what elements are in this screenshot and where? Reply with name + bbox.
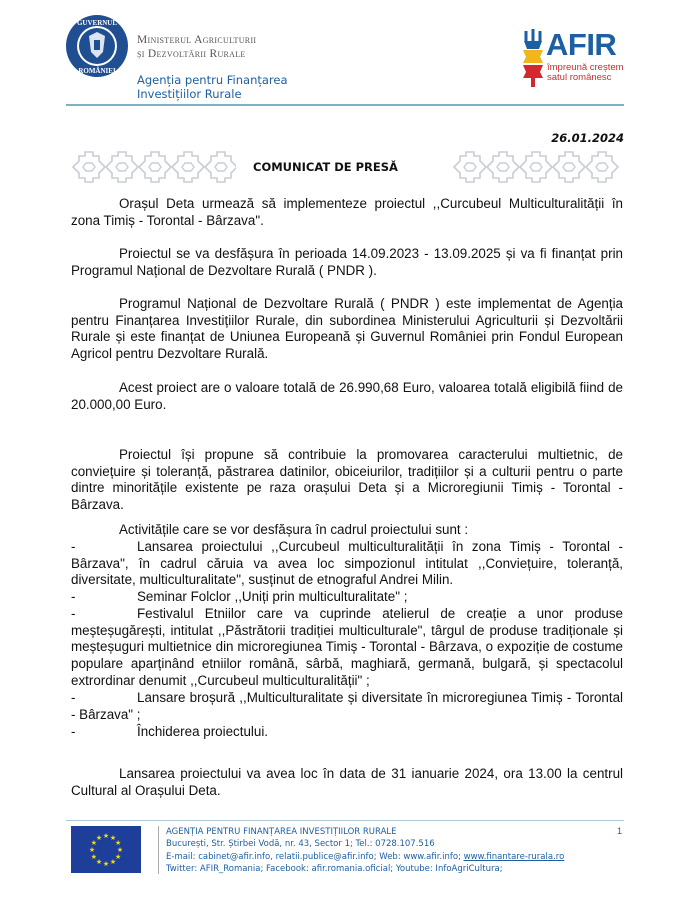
svg-text:★: ★: [115, 839, 121, 847]
paragraph-pndr: Programul Național de Dezvoltare Rurală …: [71, 296, 623, 363]
footer-email-web: E-mail: cabinet@afir.info, relatii.publi…: [166, 851, 564, 863]
list-item: -Lansare broșură ,,Multiculturalitate și…: [71, 690, 623, 723]
svg-text:★: ★: [110, 858, 116, 866]
list-item: -Închiderea proiectului.: [71, 724, 623, 741]
list-bullet: -: [71, 724, 137, 741]
list-item: -Festivalul Etniilor care va cuprinde at…: [71, 606, 623, 690]
svg-text:★: ★: [96, 834, 102, 842]
footer-contact: AGENȚIA PENTRU FINANȚAREA INVESTIȚIILOR …: [166, 826, 564, 876]
paragraph-value: Acest proiect are o valoare totală de 26…: [71, 380, 623, 413]
list-bullet: -: [71, 589, 137, 606]
page-number: 1: [617, 826, 622, 836]
list-bullet: -: [71, 606, 137, 623]
afir-slogan-line-2: satul românesc: [547, 73, 624, 83]
ministry-line-1: Ministerul Agriculturii: [137, 33, 256, 47]
list-item-text: Lansare broșură ,,Multiculturalitate și …: [71, 690, 623, 722]
agency-line-1: Agenția pentru Finanțarea: [137, 73, 288, 87]
afir-brand-name: AFIR: [546, 29, 616, 61]
header-divider: [66, 104, 624, 106]
list-item-text: Lansarea proiectului ,,Curcubeul multicu…: [71, 539, 623, 587]
list-item-text: Festivalul Etniilor care va cuprinde ate…: [71, 606, 623, 688]
finantare-rurala-link[interactable]: www.finantare-rurala.ro: [464, 852, 565, 862]
paragraph-period: Proiectul se va desfășura în perioada 14…: [71, 246, 623, 279]
svg-text:★: ★: [103, 860, 109, 868]
paragraph-text: Programul Național de Dezvoltare Rurală …: [71, 296, 623, 361]
paragraph-text: Lansarea proiectului va avea loc în data…: [71, 766, 623, 798]
government-seal-logo: GUVERNUL ROMÂNIEI: [65, 14, 129, 78]
ministry-name: Ministerul Agriculturii și Dezvoltării R…: [137, 33, 256, 61]
svg-text:★: ★: [103, 832, 109, 840]
svg-text:GUVERNUL: GUVERNUL: [77, 19, 117, 27]
list-item: -Lansarea proiectului ,,Curcubeul multic…: [71, 539, 623, 589]
footer-divider: [66, 820, 624, 821]
afir-emblem-icon: [522, 29, 544, 94]
paragraph-text: Orașul Deta urmează să implementeze proi…: [71, 196, 623, 228]
list-item-text: Închiderea proiectului.: [137, 724, 268, 739]
svg-text:ROMÂNIEI: ROMÂNIEI: [78, 67, 116, 75]
paragraph-text: Acest proiect are o valoare totală de 26…: [71, 380, 623, 412]
paragraph-text: Proiectul se va desfășura în perioada 14…: [71, 246, 623, 278]
document-title: COMUNICAT DE PRESĂ: [253, 160, 398, 174]
footer-address: București, Str. Știrbei Vodă, nr. 43, Se…: [166, 838, 564, 850]
list-bullet: -: [71, 539, 137, 556]
svg-text:★: ★: [117, 846, 123, 854]
afir-slogan: împreună creștem satul românesc: [547, 63, 624, 83]
footer-email-text: E-mail: cabinet@afir.info, relatii.publi…: [166, 852, 464, 862]
svg-text:★: ★: [91, 853, 97, 861]
paragraph-project-intro: Orașul Deta urmează să implementeze proi…: [71, 196, 623, 229]
paragraph-text: Proiectul își propune să contribuie la p…: [71, 447, 623, 512]
paragraph-launch-details: Lansarea proiectului va avea loc în data…: [71, 766, 623, 799]
svg-text:★: ★: [89, 846, 95, 854]
agency-line-2: Investițiilor Rurale: [137, 87, 288, 101]
document-date: 26.01.2024: [551, 131, 624, 145]
traditional-motif-left-icon: [71, 150, 236, 189]
paragraph-activities-intro: Activitățile care se vor desfășura în ca…: [71, 522, 623, 539]
list-item-text: Seminar Folclor ,,Uniți prin multicultur…: [137, 589, 407, 604]
list-item: -Seminar Folclor ,,Uniți prin multicultu…: [71, 589, 623, 606]
ministry-line-2: și Dezvoltării Rurale: [137, 47, 256, 61]
list-bullet: -: [71, 690, 137, 707]
paragraph-objectives: Proiectul își propune să contribuie la p…: [71, 447, 623, 514]
footer-separator: [158, 826, 159, 874]
eu-flag-icon: ★★★★★★★★★★★★: [71, 826, 141, 873]
traditional-motif-right-icon: [452, 150, 622, 189]
footer-agency-name: AGENȚIA PENTRU FINANȚAREA INVESTIȚIILOR …: [166, 826, 564, 838]
paragraph-text: Activitățile care se vor desfășura în ca…: [119, 522, 468, 537]
agency-name: Agenția pentru Finanțarea Investițiilor …: [137, 73, 288, 101]
footer-social: Twitter: AFIR_Romania; Facebook: afir.ro…: [166, 863, 564, 875]
